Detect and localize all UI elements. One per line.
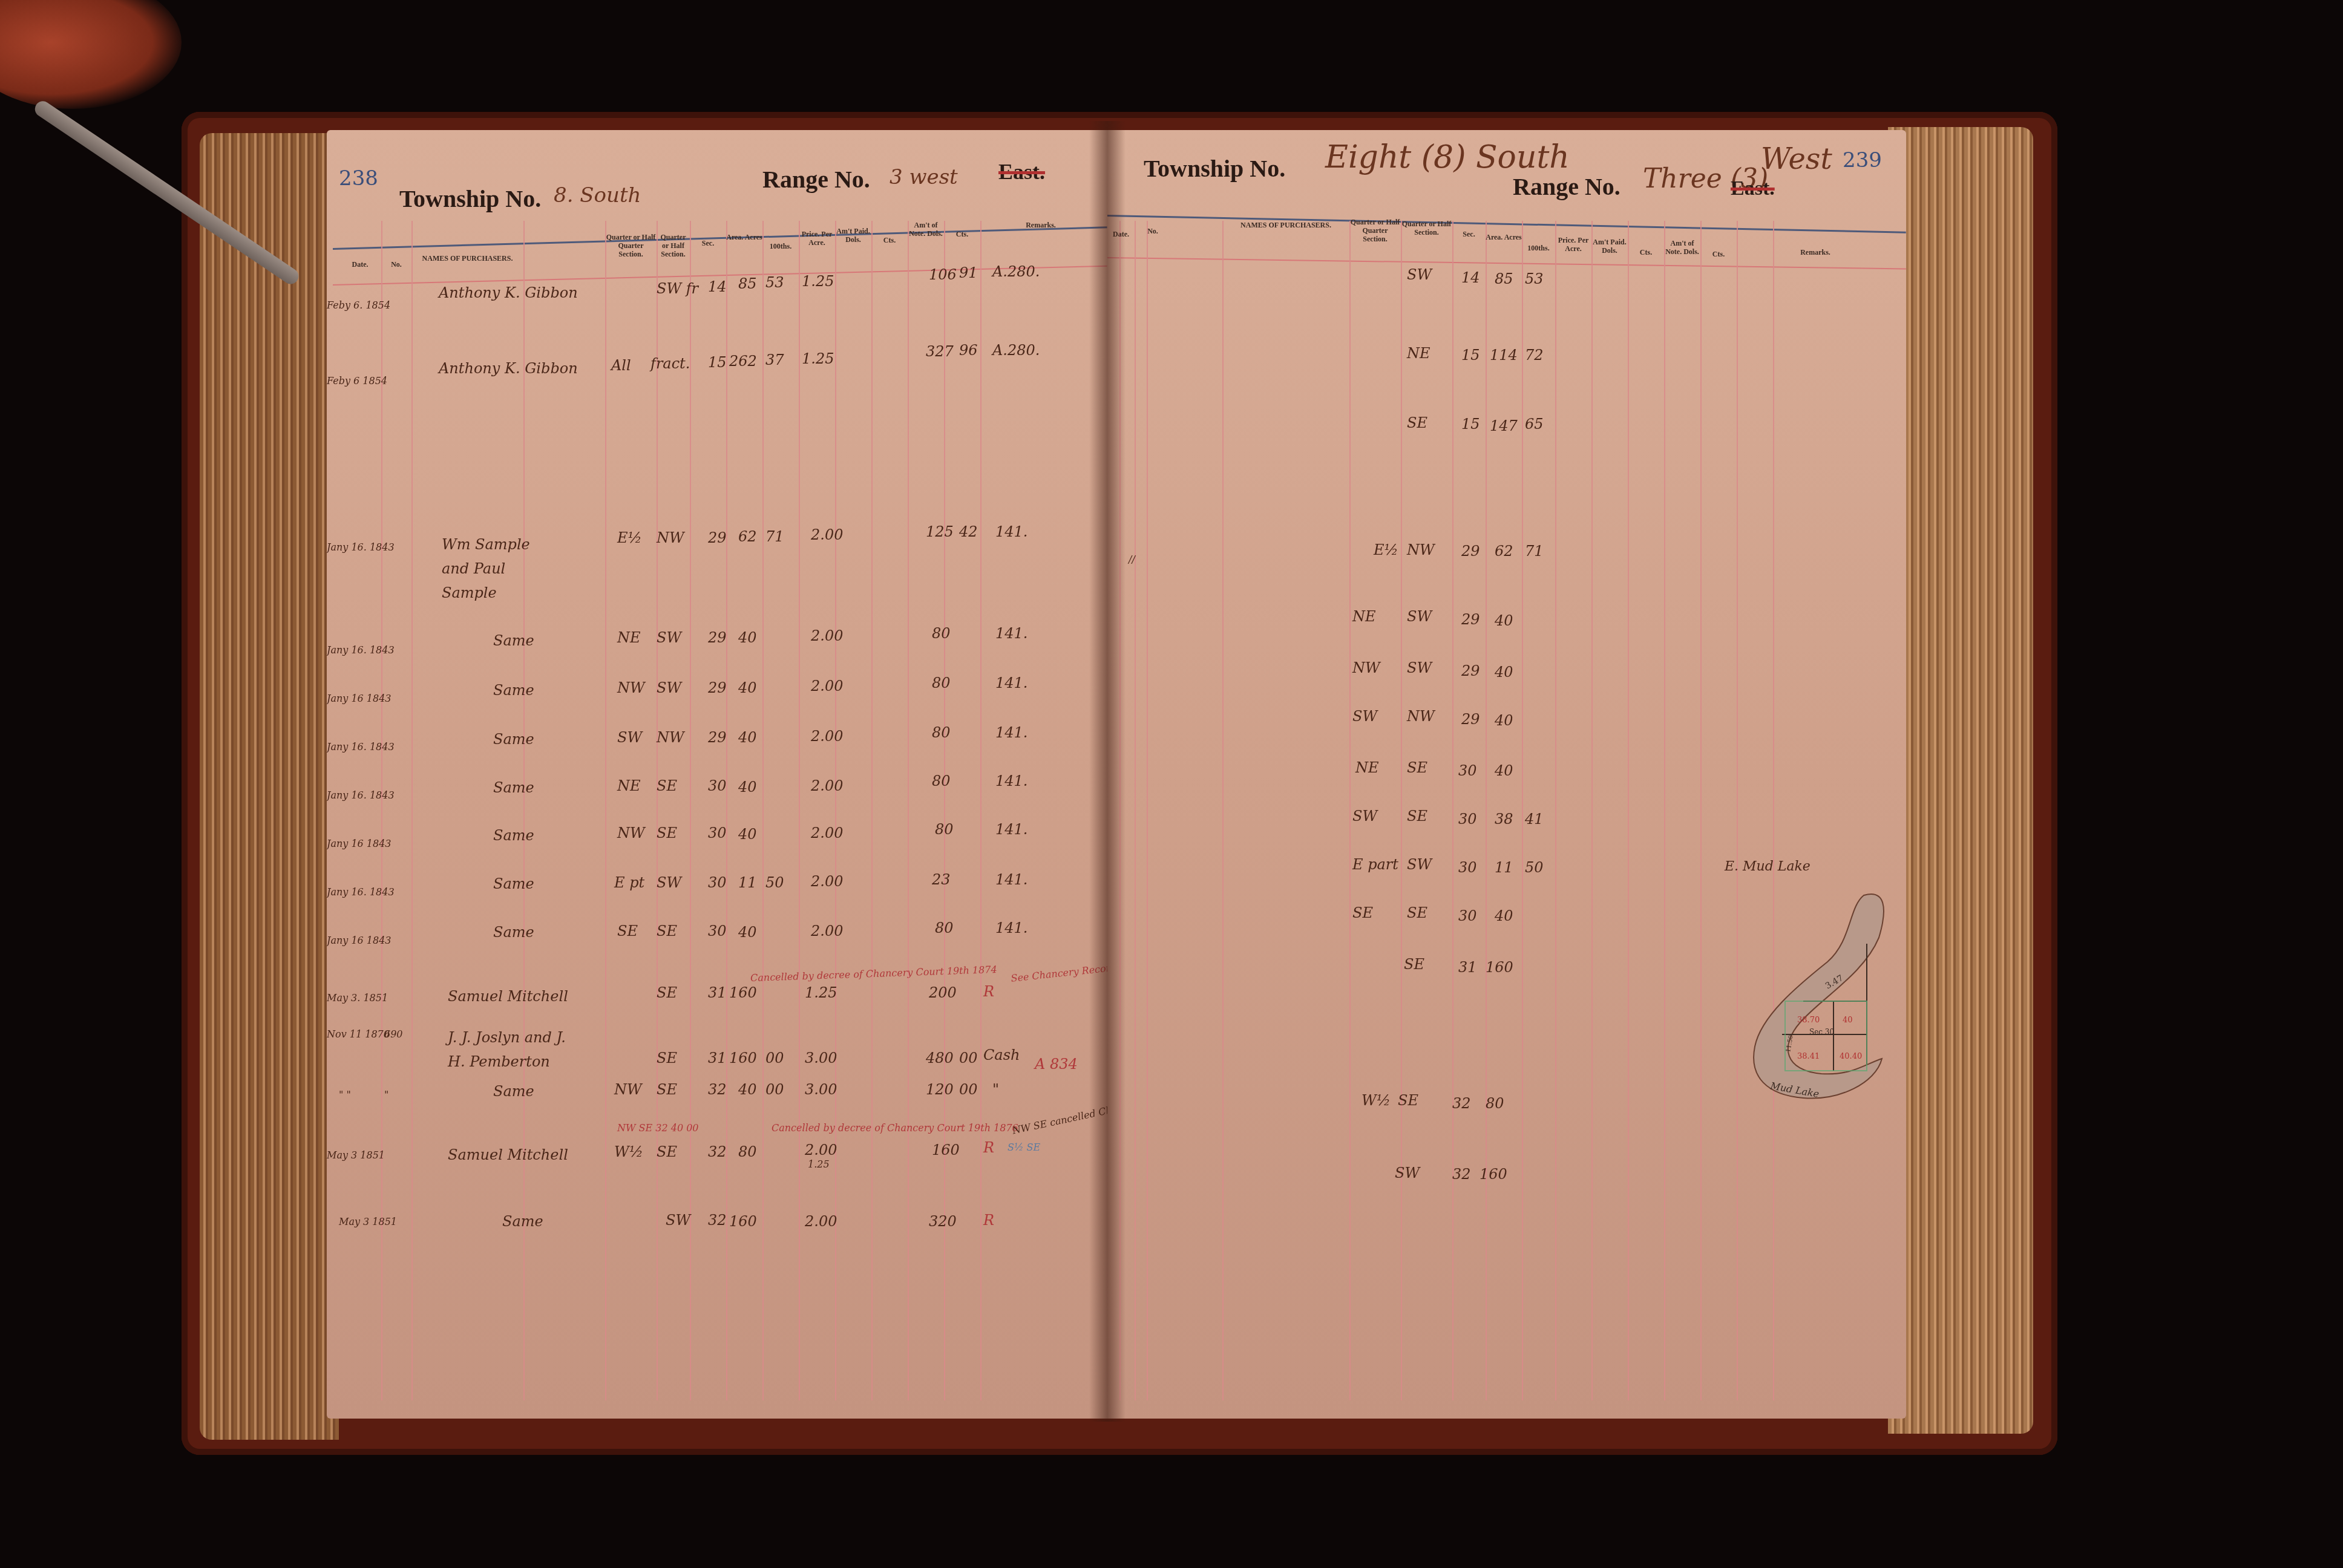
col-hundredths: 100ths. — [762, 242, 799, 250]
row-qh: NW — [1407, 708, 1435, 725]
row-qhq: W½ — [614, 1143, 643, 1160]
row-sec: 29 — [708, 529, 727, 546]
row-paid-dols: 320 — [929, 1213, 957, 1230]
row-acres: 40 — [738, 729, 757, 746]
row-sec: 29 — [1461, 611, 1480, 628]
row-remarks: 141. — [995, 523, 1027, 540]
row-date: Nov 11 1870 — [327, 1028, 390, 1040]
row-acres: 11 — [1495, 859, 1513, 876]
row-hundredths: 37 — [765, 351, 784, 368]
rule — [1135, 221, 1136, 1400]
row-sec: 30 — [708, 777, 727, 794]
row-qh: SE — [1407, 904, 1427, 921]
row-sec: 30 — [1458, 811, 1477, 828]
row-acres: 40 — [1495, 907, 1513, 924]
range-label: Range No. — [1513, 172, 1620, 201]
row-hundredths: 50 — [1525, 859, 1544, 876]
row-paid-cts: 42 — [959, 523, 978, 540]
row-remarks: Cash — [983, 1047, 1020, 1063]
row-remarks: R — [983, 983, 994, 1000]
row-qh: SW — [1407, 856, 1432, 873]
row-qhq: SW — [617, 729, 642, 746]
page-number: 239 — [1843, 148, 1882, 172]
row-paid-dols: 120 — [926, 1081, 954, 1098]
row-qhq: NE — [617, 777, 641, 794]
row-paid-dols: 80 — [932, 773, 951, 789]
row-qh: SW — [657, 679, 681, 696]
row-qhq: SW — [1352, 808, 1377, 825]
row-price: 2.00 — [811, 526, 843, 543]
lake-shape-icon — [1754, 894, 1884, 1098]
row-price: 2.00 — [811, 825, 843, 841]
row-remarks: 141. — [995, 871, 1027, 888]
row-hundredths: 65 — [1525, 416, 1544, 433]
row-date: Feby 6. 1854 — [327, 299, 390, 311]
page-edges-right — [1888, 127, 2033, 1434]
row-paid-dols: 80 — [935, 920, 954, 936]
row-price: 1.25 — [802, 273, 834, 290]
row-sec: 30 — [1458, 762, 1477, 779]
row-paid-cts: 00 — [959, 1050, 978, 1067]
rule — [1401, 221, 1402, 1400]
row-name: Same — [502, 1213, 543, 1230]
col-remarks: Remarks. — [1779, 248, 1852, 256]
row-remarks: A.280. — [992, 263, 1040, 280]
row-qh: SW — [1407, 608, 1432, 625]
row-date: Jany 16 1843 — [327, 693, 392, 704]
row-sec: 32 — [1452, 1095, 1471, 1112]
row-qh: SW — [1407, 659, 1432, 676]
row-date: Jany 16 1843 — [327, 838, 392, 849]
rule — [1628, 221, 1629, 1400]
header-bottom-rule — [1107, 257, 1906, 269]
row-acres: 38 — [1495, 811, 1513, 828]
township-value: Eight (8) South — [1325, 139, 1570, 175]
row-name: Wm Sample and Paul Sample — [442, 532, 551, 605]
col-acres: Area. Acres — [1486, 233, 1522, 241]
row-sec: 29 — [1461, 711, 1480, 728]
row-paid-dols: 327 — [926, 343, 954, 360]
col-no: No. — [1135, 227, 1171, 235]
row-remarks: 141. — [995, 625, 1027, 642]
row-sec: 14 — [1461, 269, 1480, 286]
row-paid-dols: 200 — [929, 984, 957, 1001]
row-sec: 31 — [1458, 959, 1477, 976]
row-qh: SW — [666, 1212, 690, 1229]
row-hundredths: 50 — [765, 874, 784, 891]
col-qhq: Quarter or Half Quarter Section. — [1349, 218, 1401, 243]
mud-lake-sketch: 3.47 38.70 40 Sec 30 38.41 40.40 11.50 M… — [1743, 883, 1888, 1113]
row-remarks: 141. — [995, 821, 1027, 838]
row-qhq: E½ — [1374, 541, 1398, 558]
row-acres: 11 — [738, 874, 757, 891]
col-paid-dols: Am't Paid. Dols. — [1591, 238, 1628, 255]
cancelled-entry: NW SE 32 40 00 — [617, 1122, 699, 1134]
book-gutter — [1089, 121, 1126, 1422]
row-qh: SE — [657, 1143, 677, 1160]
row-qh: SE — [1407, 808, 1427, 825]
row-remarks: 141. — [995, 773, 1027, 789]
rule — [980, 221, 981, 1400]
col-paid-dols: Am't Paid. Dols. — [835, 227, 871, 244]
row-acres: 80 — [738, 1143, 757, 1160]
row-qh: SE — [657, 825, 677, 841]
rule — [1555, 221, 1556, 1400]
rule — [1349, 221, 1351, 1400]
row-qhq: NW — [1352, 659, 1380, 676]
row-sec: 29 — [708, 679, 727, 696]
col-qhq: Quarter or Half Quarter Section. — [605, 233, 657, 258]
row-sec: 14 — [708, 278, 727, 295]
row-remarks: 141. — [995, 675, 1027, 691]
row-acres: 62 — [738, 528, 757, 545]
row-date: May 3 1851 — [327, 1149, 385, 1161]
row-name: Same — [493, 682, 534, 699]
row-name: Same — [493, 779, 534, 796]
row-remarks: R — [983, 1212, 994, 1229]
rule — [1522, 221, 1523, 1400]
rule — [605, 221, 606, 1400]
township-label: Township No. — [399, 185, 541, 213]
row-qh: SW — [1395, 1165, 1420, 1181]
row-name: Same — [493, 731, 534, 748]
row-date: May 3. 1851 — [327, 992, 388, 1004]
row-price: 1.25 — [805, 984, 837, 1001]
rule — [1700, 221, 1702, 1400]
row-qhq: SE — [1352, 904, 1373, 921]
row-acres: 85 — [738, 275, 757, 292]
row-sec: 30 — [708, 923, 727, 939]
township-value: 8. South — [554, 183, 641, 207]
row-qh: NW — [657, 729, 684, 746]
rule — [1486, 221, 1487, 1400]
row-date: Jany 16. 1843 — [327, 886, 395, 898]
row-hundredths: 00 — [765, 1081, 784, 1098]
row-sec: 32 — [708, 1212, 727, 1229]
page-number: 238 — [339, 166, 378, 191]
row-acres: 40 — [738, 629, 757, 646]
row-qh: SE — [657, 984, 677, 1001]
row-qhq: E pt — [614, 874, 644, 891]
rule — [1147, 221, 1148, 1400]
parcel-label: 40 — [1843, 1016, 1853, 1025]
col-price: Price. Per Acre. — [799, 230, 835, 247]
range-value: 3 west — [890, 165, 958, 189]
row-date: Jany 16 1843 — [327, 935, 392, 946]
row-name: Samuel Mitchell — [448, 988, 568, 1005]
row-qh: NW — [1407, 541, 1435, 558]
range-label: Range No. — [762, 165, 870, 194]
row-remarks: R — [983, 1139, 994, 1156]
row-qhq: E part — [1352, 856, 1398, 873]
rule — [1222, 221, 1224, 1400]
row-name: Samuel Mitchell — [448, 1146, 568, 1163]
rule — [1591, 221, 1593, 1400]
row-qh: SE — [1407, 759, 1427, 776]
row-sec: 30 — [1458, 859, 1477, 876]
row-acres: 40 — [1495, 664, 1513, 681]
col-acres: Area. Acres — [726, 233, 762, 241]
row-acres: 80 — [1486, 1095, 1504, 1112]
row-name: Same — [493, 1083, 534, 1100]
price-correction: 1.25 — [808, 1158, 830, 1170]
row-acres: 160 — [729, 984, 757, 1001]
parcel-label: 38.70 — [1797, 1016, 1820, 1025]
row-sec: 15 — [708, 354, 727, 371]
row-qh: SE — [1398, 1092, 1418, 1109]
row-qh: NW — [657, 529, 684, 546]
row-paid-dols: 80 — [932, 675, 951, 691]
row-date: Jany 16. 1843 — [327, 541, 395, 553]
parcel-label: 38.41 — [1797, 1052, 1820, 1061]
page-edges-left — [200, 133, 339, 1440]
row-paid-dols: 80 — [932, 625, 951, 642]
row-acres: 160 — [729, 1213, 757, 1230]
row-qh: SE — [1404, 956, 1424, 973]
row-qh: SE — [657, 1081, 677, 1098]
township-label: Township No. — [1144, 154, 1285, 183]
row-qhq: NW — [617, 825, 645, 841]
row-hundredths: 53 — [1525, 270, 1544, 287]
row-sec: 29 — [708, 729, 727, 746]
row-qh: SE — [657, 923, 677, 939]
row-paid-cts: 91 — [959, 264, 978, 281]
row-paid-dols: 80 — [935, 821, 954, 838]
row-name: Same — [493, 924, 534, 941]
row-qh: fract. — [650, 355, 690, 372]
row-date: Jany 16. 1843 — [327, 741, 395, 753]
row-acres: 262 — [729, 353, 757, 370]
rule — [762, 221, 764, 1400]
row-price: 2.00 — [811, 728, 843, 745]
row-remarks: 141. — [995, 920, 1027, 936]
bracket-note: A 834 — [1035, 1056, 1078, 1073]
row-hundredths: 72 — [1525, 347, 1544, 364]
row-qh: SE — [1407, 414, 1427, 431]
col-qh: Quarter or Half Section. — [1401, 220, 1452, 237]
row-paid-dols: 125 — [926, 523, 954, 540]
row-name: Anthony K. Gibbon — [439, 360, 578, 377]
row-acres: 40 — [738, 1081, 757, 1098]
row-price: 3.00 — [805, 1081, 837, 1098]
col-note-cts: Cts. — [944, 230, 980, 238]
row-qhq: NW — [617, 679, 645, 696]
row-qh: SW — [657, 629, 681, 646]
sketch-title: E. Mud Lake — [1725, 859, 1810, 874]
row-no: " — [384, 1089, 388, 1100]
cancellation-note: Cancelled by decree of Chancery Court 19… — [750, 964, 997, 984]
row-price: 2.00 — [811, 923, 843, 939]
row-sec: 30 — [708, 874, 727, 891]
row-remarks: A.280. — [992, 342, 1040, 359]
row-name: J. J. Joslyn and J. H. Pemberton — [448, 1025, 569, 1074]
rule — [411, 221, 413, 1400]
row-paid-cts: 96 — [959, 342, 978, 359]
row-paid-dols: 106 — [929, 266, 957, 283]
rule — [1452, 221, 1453, 1400]
row-name: Same — [493, 827, 534, 844]
row-acres: 160 — [729, 1050, 757, 1067]
col-note-dols: Am't of Note. Dols. — [908, 221, 944, 238]
row-remarks: " — [992, 1081, 999, 1098]
rule — [908, 221, 909, 1400]
row-sec: 32 — [708, 1143, 727, 1160]
row-acres: 160 — [1486, 959, 1513, 976]
col-sec: Sec. — [1452, 230, 1486, 238]
right-page: Township No. Eight (8) South Range No. T… — [1107, 130, 1906, 1419]
row-acres: 40 — [738, 826, 757, 843]
row-paid-dols: 80 — [932, 724, 951, 741]
rule — [1664, 221, 1665, 1400]
row-paid-cts: 00 — [959, 1081, 978, 1098]
row-qhq: NE — [617, 629, 641, 646]
row-date: May 3 1851 — [339, 1216, 397, 1227]
row-paid-dols: 480 — [926, 1050, 954, 1067]
col-paid-cts: Cts. — [1628, 248, 1664, 256]
row-sec: 15 — [1461, 347, 1480, 364]
row-qhq: SE — [617, 923, 638, 939]
row-price: 1.25 — [802, 350, 834, 367]
parcel-label: 40.40 — [1840, 1052, 1862, 1061]
row-acres: 40 — [1495, 712, 1513, 729]
rule — [1773, 221, 1774, 1400]
row-hundredths: 53 — [765, 274, 784, 291]
row-name: Same — [493, 632, 534, 649]
col-names: NAMES OF PURCHASERS. — [411, 254, 523, 263]
row-acres: 40 — [738, 779, 757, 795]
row-date: Jany 16. 1843 — [327, 644, 395, 656]
hand — [0, 0, 182, 109]
row-sec: 29 — [1461, 543, 1480, 560]
row-sec: 29 — [708, 629, 727, 646]
col-note-dols: Am't of Note. Dols. — [1664, 239, 1700, 256]
rule — [1737, 221, 1738, 1400]
row-price: 2.00 — [811, 627, 843, 644]
row-acres: 40 — [738, 679, 757, 696]
row-price: 3.00 — [805, 1050, 837, 1067]
row-paid-dols: 23 — [932, 871, 951, 888]
margin-mark: // — [1129, 554, 1135, 565]
row-qhq: NW — [614, 1081, 642, 1098]
row-hundredths: 00 — [765, 1050, 784, 1067]
rule — [871, 221, 873, 1400]
row-qhq: NE — [1352, 608, 1376, 625]
row-no: 690 — [384, 1028, 403, 1040]
row-sec: 15 — [1461, 416, 1480, 433]
row-sec: 32 — [1452, 1166, 1471, 1183]
row-qhq: E½ — [617, 529, 642, 546]
row-paid-dols: 160 — [932, 1142, 960, 1158]
rule — [657, 221, 658, 1400]
row-qh: SW — [657, 874, 681, 891]
row-sec: 30 — [1458, 907, 1477, 924]
row-price: 2.00 — [811, 873, 843, 890]
col-hundredths: 100ths. — [1522, 244, 1555, 252]
row-acres: 40 — [1495, 762, 1513, 779]
row-acres: 85 — [1495, 270, 1513, 287]
col-paid-cts: Cts. — [871, 236, 908, 244]
row-sec: 31 — [708, 1050, 727, 1067]
row-name: Anthony K. Gibbon — [439, 284, 578, 301]
row-acres: 114 — [1490, 347, 1518, 364]
row-sec: 30 — [708, 825, 727, 841]
row-date: " " — [339, 1089, 351, 1100]
side-note: S½ SE — [1008, 1142, 1040, 1153]
left-page: 238 Township No. 8. South Range No. 3 we… — [327, 130, 1107, 1419]
range-printed-struck: East. — [1731, 177, 1775, 200]
col-names: NAMES OF PURCHASERS. — [1222, 221, 1349, 229]
col-note-cts: Cts. — [1700, 250, 1737, 258]
row-qhq: All — [611, 357, 631, 374]
row-acres: 160 — [1480, 1166, 1507, 1183]
range-printed-struck: East. — [998, 159, 1045, 185]
section-label: Sec 30 — [1809, 1028, 1834, 1036]
row-name: Same — [493, 875, 534, 892]
col-date: Date. — [339, 260, 381, 269]
row-date: Jany 16. 1843 — [327, 789, 395, 801]
row-hundredths: 41 — [1525, 811, 1544, 828]
row-qh: SW — [1407, 266, 1432, 283]
row-acres: 40 — [1495, 612, 1513, 629]
row-hundredths: 71 — [765, 528, 784, 545]
col-price: Price. Per Acre. — [1555, 236, 1591, 253]
row-sec: 32 — [708, 1081, 727, 1098]
row-qh: NE — [1407, 345, 1430, 362]
row-acres: 147 — [1490, 417, 1518, 434]
col-qh: Quarter or Half Section. — [657, 233, 690, 258]
col-sec: Sec. — [690, 239, 726, 247]
row-price: 2.00 — [805, 1213, 837, 1230]
row-remarks: 141. — [995, 724, 1027, 741]
row-acres: 62 — [1495, 543, 1513, 560]
row-qhq: W½ — [1362, 1092, 1391, 1109]
row-qhq: NE — [1355, 759, 1379, 776]
row-qhq: SW — [1352, 708, 1377, 725]
row-price: 2.00 — [811, 678, 843, 694]
row-date: Feby 6 1854 — [327, 375, 387, 387]
row-sec: 31 — [708, 984, 727, 1001]
range-direction: West — [1761, 142, 1832, 176]
row-price: 2.00 — [805, 1142, 837, 1158]
row-acres: 40 — [738, 924, 757, 941]
cancellation-note: Cancelled by decree of Chancery Court 19… — [772, 1122, 1018, 1134]
row-hundredths: 71 — [1525, 543, 1544, 560]
row-qh: SE — [657, 777, 677, 794]
row-sec: 29 — [1461, 662, 1480, 679]
row-qh: SW fr — [657, 280, 698, 297]
rule — [799, 221, 800, 1400]
col-remarks: Remarks. — [1004, 221, 1077, 229]
row-price: 2.00 — [811, 777, 843, 794]
row-qh: SE — [657, 1050, 677, 1067]
col-no: No. — [381, 260, 411, 269]
